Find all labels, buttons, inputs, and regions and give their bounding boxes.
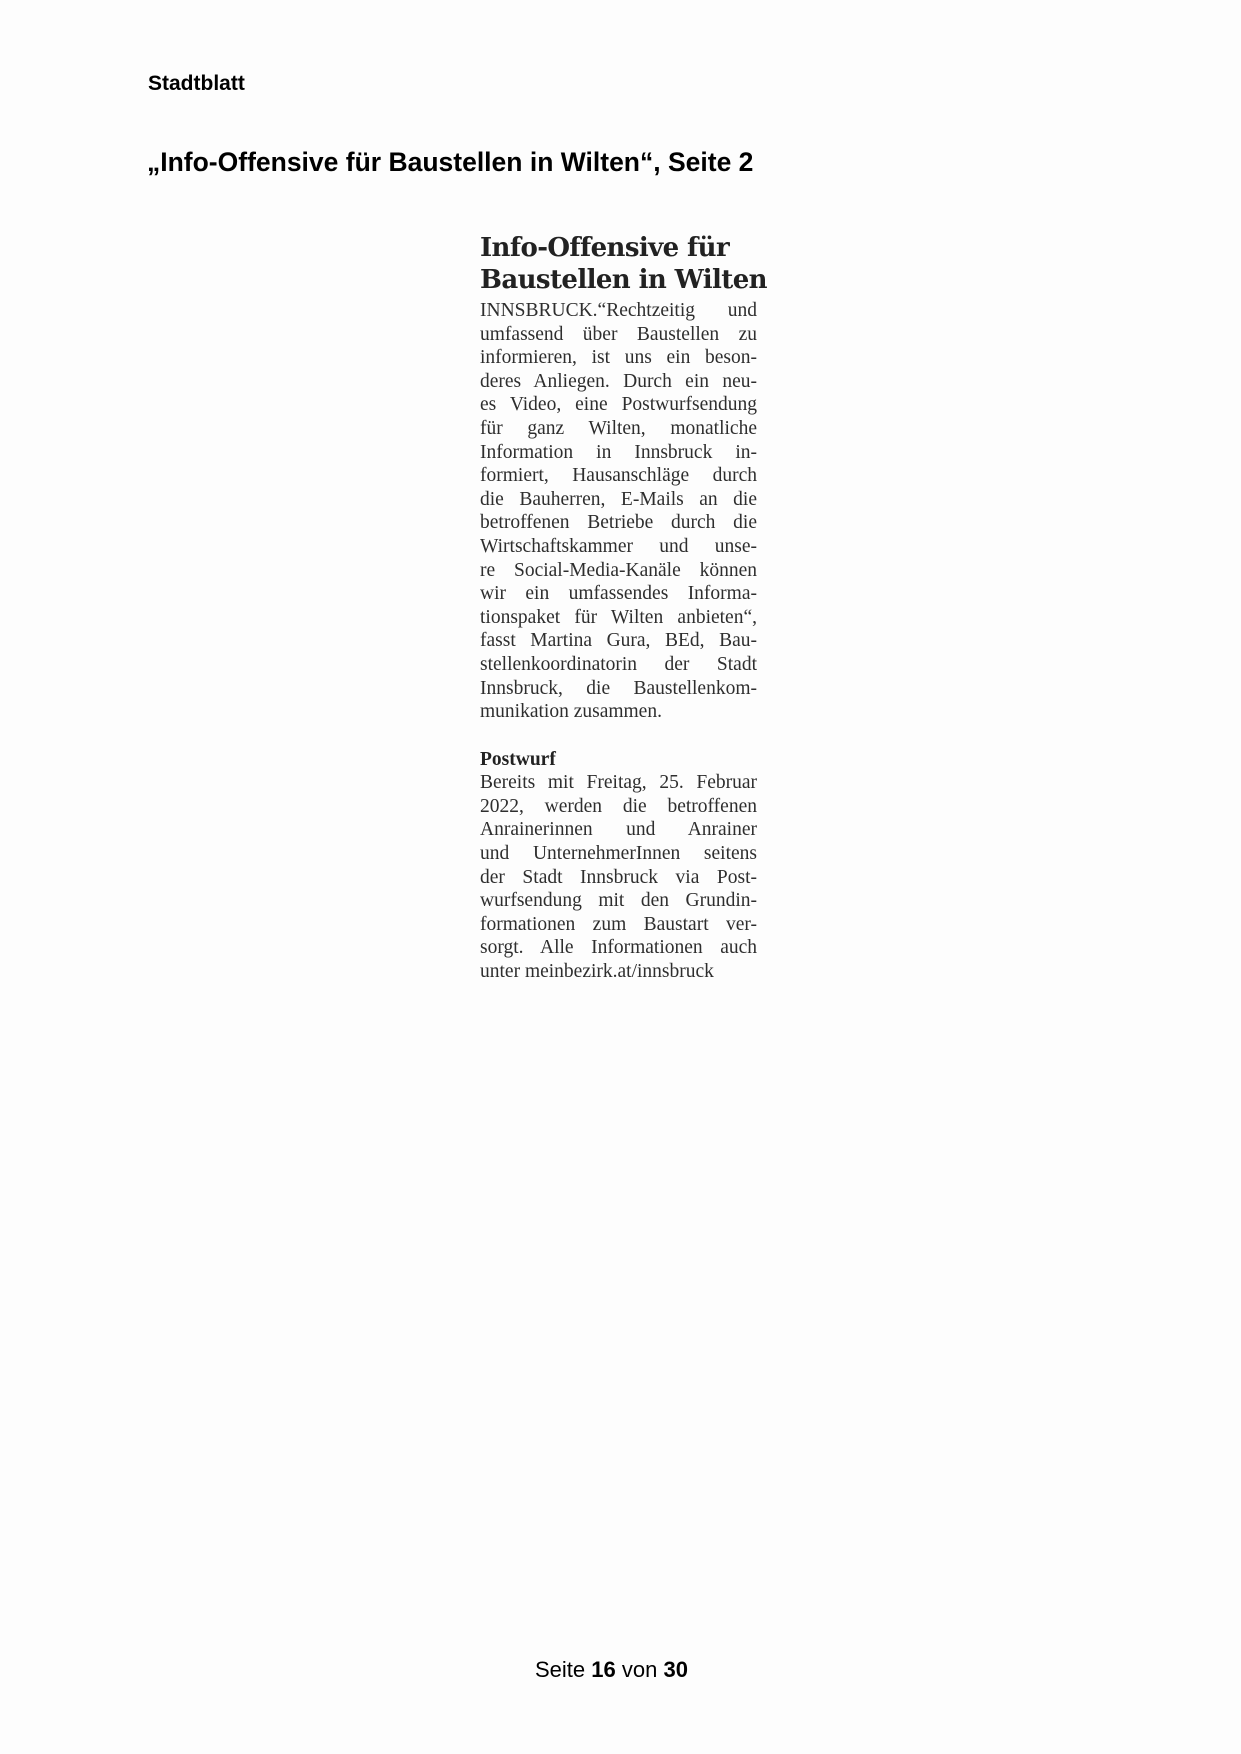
article-paragraph-1: INNSBRUCK.“Rechtzeitig und umfassend übe… [480, 299, 757, 724]
text-line: und UnternehmerInnen seitens [480, 842, 757, 866]
text-line: deres Anliegen. Durch ein neu- [480, 370, 757, 394]
text-line: formiert, Hausanschläge durch [480, 464, 757, 488]
headline-line: Baustellen in Wilten [480, 264, 757, 296]
page-label: Seite [535, 1657, 585, 1682]
text-line: informieren, ist uns ein beson- [480, 346, 757, 370]
page-number-footer: Seite 16 von 30 [0, 1657, 1232, 1683]
text-line: tionspaket für Wilten anbieten“, [480, 606, 757, 630]
headline-line: Info-Offensive für [480, 232, 757, 264]
text-line: unter meinbezirk.at/innsbruck [480, 960, 757, 984]
page-separator: von [622, 1657, 657, 1682]
text-line: INNSBRUCK.“Rechtzeitig und [480, 299, 757, 323]
text-line: munikation zusammen. [480, 700, 757, 724]
text-line: re Social-Media-Kanäle können [480, 559, 757, 583]
text-line: stellenkoordinatorin der Stadt [480, 653, 757, 677]
text-line: formationen zum Baustart ver- [480, 913, 757, 937]
text-line: Information in Innsbruck in- [480, 441, 757, 465]
text-line: der Stadt Innsbruck via Post- [480, 866, 757, 890]
text-line: 2022, werden die betroffenen [480, 795, 757, 819]
text-line: sorgt. Alle Informationen auch [480, 936, 757, 960]
text-line: wurfsendung mit den Grundin- [480, 889, 757, 913]
total-page-count: 30 [664, 1657, 688, 1682]
text-line: betroffenen Betriebe durch die [480, 511, 757, 535]
text-line: wir ein umfassendes Informa- [480, 582, 757, 606]
text-line: es Video, eine Postwurfsendung [480, 393, 757, 417]
newspaper-clipping: Info-Offensive für Baustellen in Wilten … [480, 232, 757, 984]
text-line: Innsbruck, die Baustellenkom- [480, 677, 757, 701]
text-line: Anrainerinnen und Anrainer [480, 818, 757, 842]
clipping-title: „Info-Offensive für Baustellen in Wilten… [147, 147, 753, 178]
article-paragraph-2: Bereits mit Freitag, 25. Februar 2022, w… [480, 771, 757, 983]
text-line: Wirtschaftskammer und unse- [480, 535, 757, 559]
text-line: die Bauherren, E-Mails an die [480, 488, 757, 512]
article-subheading: Postwurf [480, 748, 757, 772]
text-line: Bereits mit Freitag, 25. Februar [480, 771, 757, 795]
text-line: für ganz Wilten, monatliche [480, 417, 757, 441]
article-headline: Info-Offensive für Baustellen in Wilten [480, 232, 757, 296]
text-line: fasst Martina Gura, BEd, Bau- [480, 629, 757, 653]
publication-source: Stadtblatt [148, 72, 245, 96]
current-page-number: 16 [591, 1657, 615, 1682]
text-line: umfassend über Baustellen zu [480, 323, 757, 347]
